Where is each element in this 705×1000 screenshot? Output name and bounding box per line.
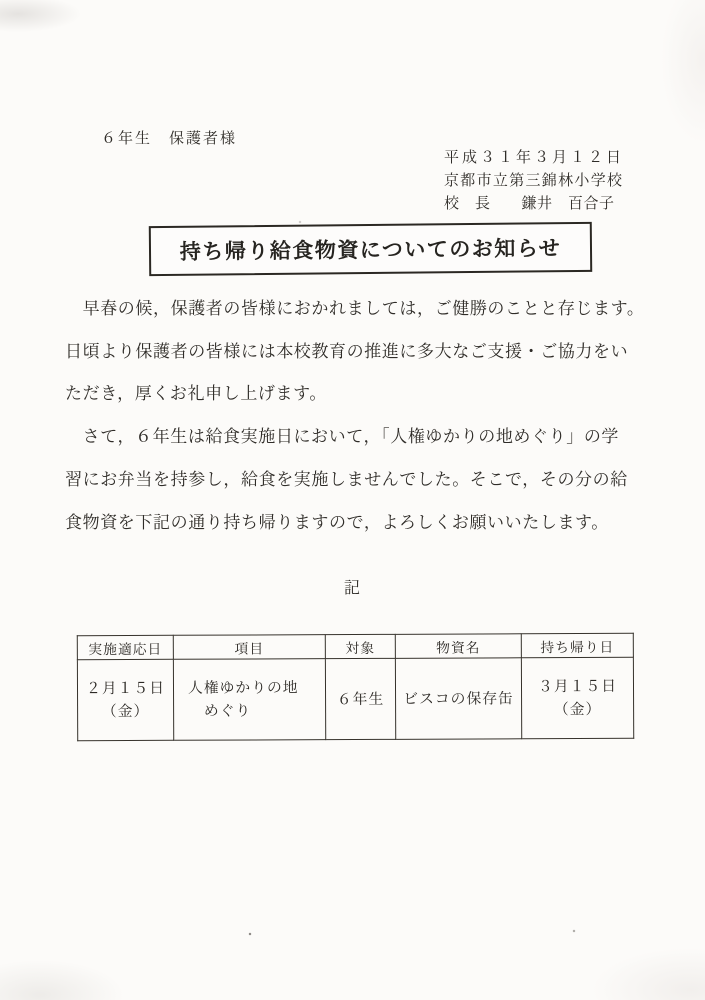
body-line: 日頃より保護者の皆様には本校教育の推進に多大なご支援・ご協力をい (65, 331, 655, 374)
body-line: ただき，厚くお礼申し上げます。 (65, 373, 655, 416)
supplies-table: 実施適応日 項目 対象 物資名 持ち帰り日 ２月１５日 （金） 人権ゆかりの地 … (77, 633, 634, 741)
letterhead-block: 平成３１年３月１２日 京都市立第三錦林小学校 校 長 鎌井 百合子 (444, 146, 624, 216)
body-line: 早春の候，保護者の皆様におかれましては，ご健勝のことと存じます。 (65, 288, 655, 331)
header-cell-target: 対象 (325, 634, 395, 658)
header-cell-item: 項目 (173, 635, 325, 660)
cell-date-applied: ２月１５日 （金） (77, 659, 173, 740)
record-marker: 記 (0, 575, 705, 598)
scanned-notice-page: ６年生 保護者様 平成３１年３月１２日 京都市立第三錦林小学校 校 長 鎌井 百… (0, 0, 705, 1000)
cell-target: ６年生 (325, 658, 395, 739)
recipient-line: ６年生 保護者様 (101, 127, 237, 148)
cell-item: 人権ゆかりの地 めぐり (173, 659, 325, 741)
header-cell-supply-name: 物資名 (395, 634, 521, 659)
table-header-row: 実施適応日 項目 対象 物資名 持ち帰り日 (77, 633, 633, 659)
body-line: 食物資を下記の通り持ち帰りますので，よろしくお願いいたします。 (65, 502, 655, 545)
school-name: 京都市立第三錦林小学校 (444, 169, 624, 192)
notice-title: 持ち帰り給食物資についてのお知らせ (180, 232, 562, 266)
issued-date: 平成３１年３月１２日 (444, 146, 624, 169)
header-cell-takehome-date: 持ち帰り日 (521, 633, 633, 657)
table-row: ２月１５日 （金） 人権ゆかりの地 めぐり ６年生 ビスコの保存缶 ３月１５日 … (77, 657, 633, 740)
body-line: 習にお弁当を持参し，給食を実施しませんでした。そこで，その分の給 (65, 459, 655, 502)
cell-supply-name: ビスコの保存缶 (395, 658, 521, 740)
body-line: さて，６年生は給食実施日において，「人権ゆかりの地めぐり」の学 (65, 416, 655, 459)
letter-body: 早春の候，保護者の皆様におかれましては，ご健勝のことと存じます。 日頃より保護者… (65, 288, 655, 544)
cell-takehome-date: ３月１５日 （金） (521, 657, 633, 738)
principal-name-line: 校 長 鎌井 百合子 (444, 192, 624, 215)
header-cell-date-applied: 実施適応日 (77, 635, 173, 659)
notice-title-box: 持ち帰り給食物資についてのお知らせ (149, 222, 592, 276)
